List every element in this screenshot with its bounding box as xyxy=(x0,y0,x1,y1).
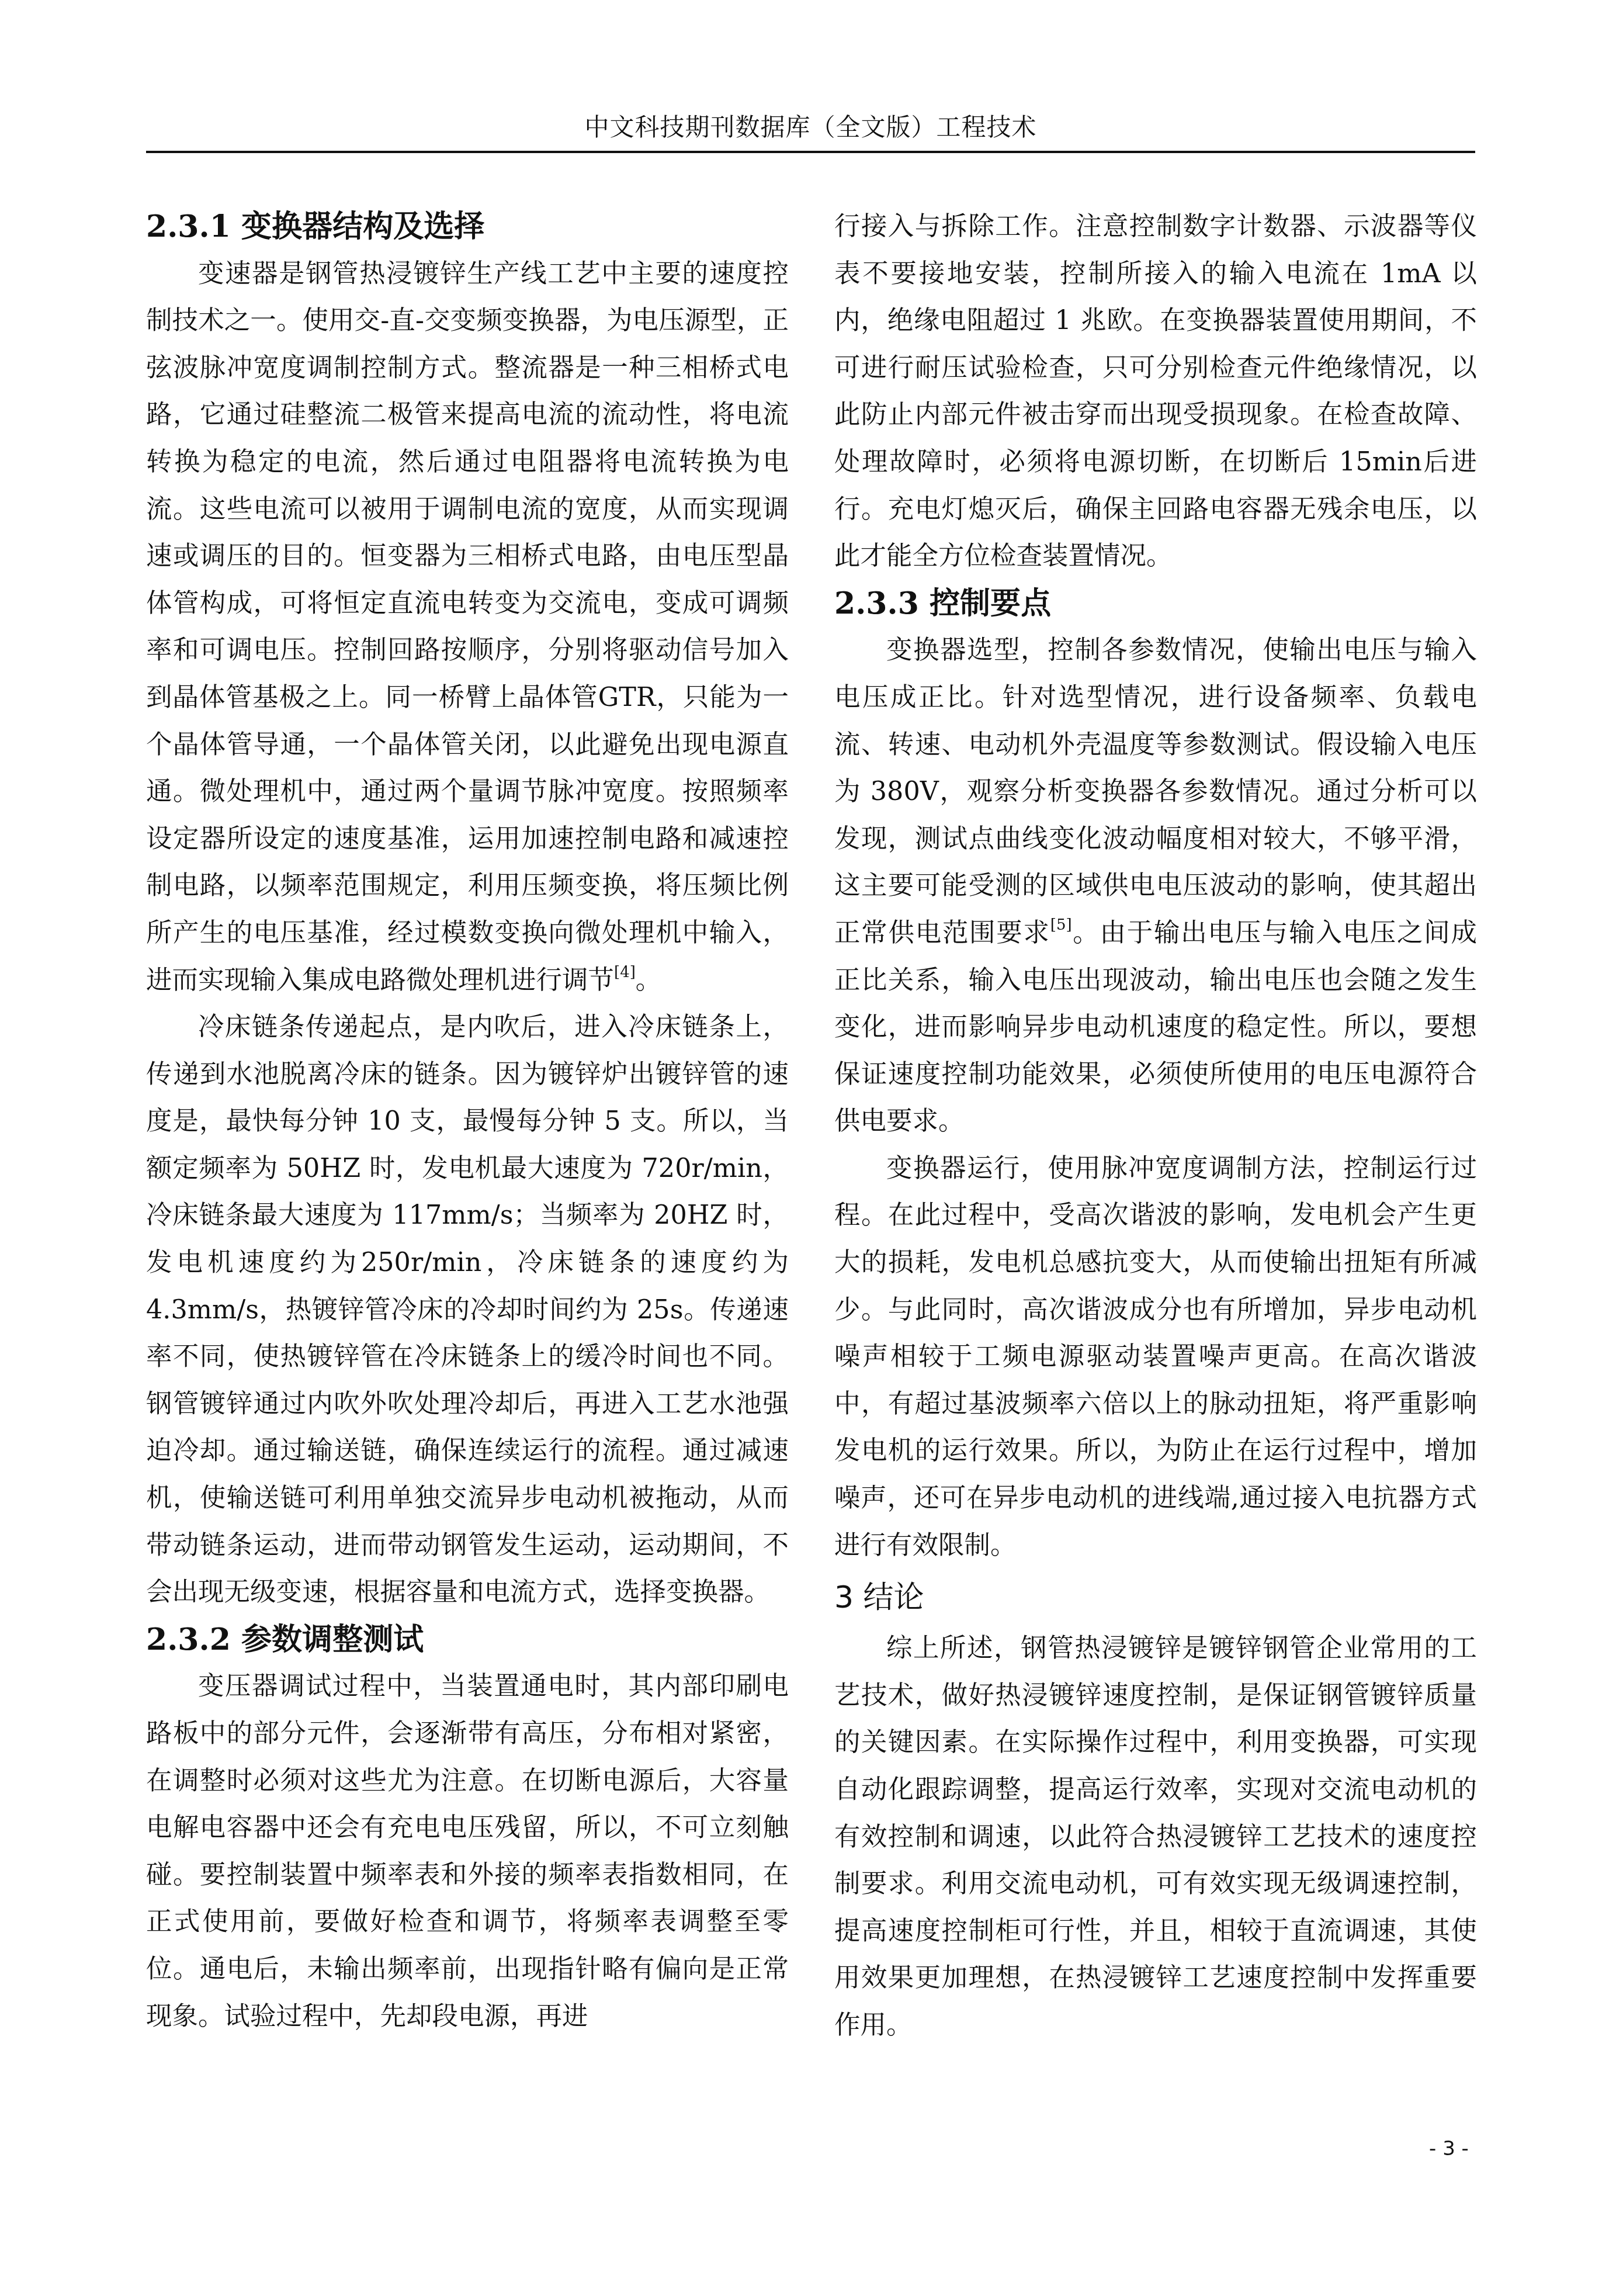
body-paragraph: 变速器是钢管热浸镀锌生产线工艺中主要的速度控制技术之一。使用交-直-交变频变换器… xyxy=(146,251,789,1005)
right-column: 行接入与拆除工作。注意控制数字计数器、示波器等仪表不要接地安装，控制所接入的输入… xyxy=(834,203,1477,2049)
left-column: 2.3.1 变换器结构及选择 变速器是钢管热浸镀锌生产线工艺中主要的速度控制技术… xyxy=(146,203,789,2040)
header-rule xyxy=(146,151,1475,153)
subsection-heading: 2.3.2 参数调整测试 xyxy=(146,1616,789,1664)
paragraph-end: 。由于输出电压与输入电压之间成正比关系，输入电压出现波动，输出电压也会随之发生变… xyxy=(834,918,1477,1136)
subsection-heading: 2.3.3 控制要点 xyxy=(834,580,1477,628)
paragraph-end: 。 xyxy=(636,965,662,995)
page-number: - 3 - xyxy=(1390,2136,1507,2162)
citation-marker: [5] xyxy=(1050,916,1072,934)
section-2-3-2-continued: 行接入与拆除工作。注意控制数字计数器、示波器等仪表不要接地安装，控制所接入的输入… xyxy=(834,203,1477,580)
body-paragraph: 行接入与拆除工作。注意控制数字计数器、示波器等仪表不要接地安装，控制所接入的输入… xyxy=(834,203,1477,580)
body-paragraph: 变换器选型，控制各参数情况，使输出电压与输入电压成正比。针对选型情况，进行设备频… xyxy=(834,627,1477,1145)
running-header: 中文科技期刊数据库（全文版）工程技术 xyxy=(146,111,1475,144)
body-paragraph: 综上所述，钢管热浸镀锌是镀锌钢管企业常用的工艺技术，做好热浸镀锌速度控制，是保证… xyxy=(834,1625,1477,2049)
body-paragraph: 变换器运行，使用脉冲宽度调制方法，控制运行过程。在此过程中，受高次谐波的影响，发… xyxy=(834,1145,1477,1569)
section-2-3-1: 2.3.1 变换器结构及选择 变速器是钢管热浸镀锌生产线工艺中主要的速度控制技术… xyxy=(146,203,789,1616)
citation-marker: [4] xyxy=(614,964,636,981)
subsection-heading: 2.3.1 变换器结构及选择 xyxy=(146,203,789,251)
journal-title: 中文科技期刊数据库（全文版）工程技术 xyxy=(584,113,1036,141)
section-2-3-3: 2.3.3 控制要点 变换器选型，控制各参数情况，使输出电压与输入电压成正比。针… xyxy=(834,580,1477,1569)
section-3-conclusion: 3 结论 综上所述，钢管热浸镀锌是镀锌钢管企业常用的工艺技术，做好热浸镀锌速度控… xyxy=(834,1573,1477,2049)
body-paragraph: 变压器调试过程中，当装置通电时，其内部印刷电路板中的部分元件，会逐渐带有高压，分… xyxy=(146,1663,789,2040)
paragraph-text: 变速器是钢管热浸镀锌生产线工艺中主要的速度控制技术之一。使用交-直-交变频变换器… xyxy=(146,259,789,995)
section-heading: 3 结论 xyxy=(834,1573,1477,1623)
body-paragraph: 冷床链条传递起点，是内吹后，进入冷床链条上，传递到水池脱离冷床的链条。因为镀锌炉… xyxy=(146,1004,789,1616)
section-2-3-2: 2.3.2 参数调整测试 变压器调试过程中，当装置通电时，其内部印刷电路板中的部… xyxy=(146,1616,789,2040)
paragraph-text: 变换器选型，控制各参数情况，使输出电压与输入电压成正比。针对选型情况，进行设备频… xyxy=(834,635,1477,948)
